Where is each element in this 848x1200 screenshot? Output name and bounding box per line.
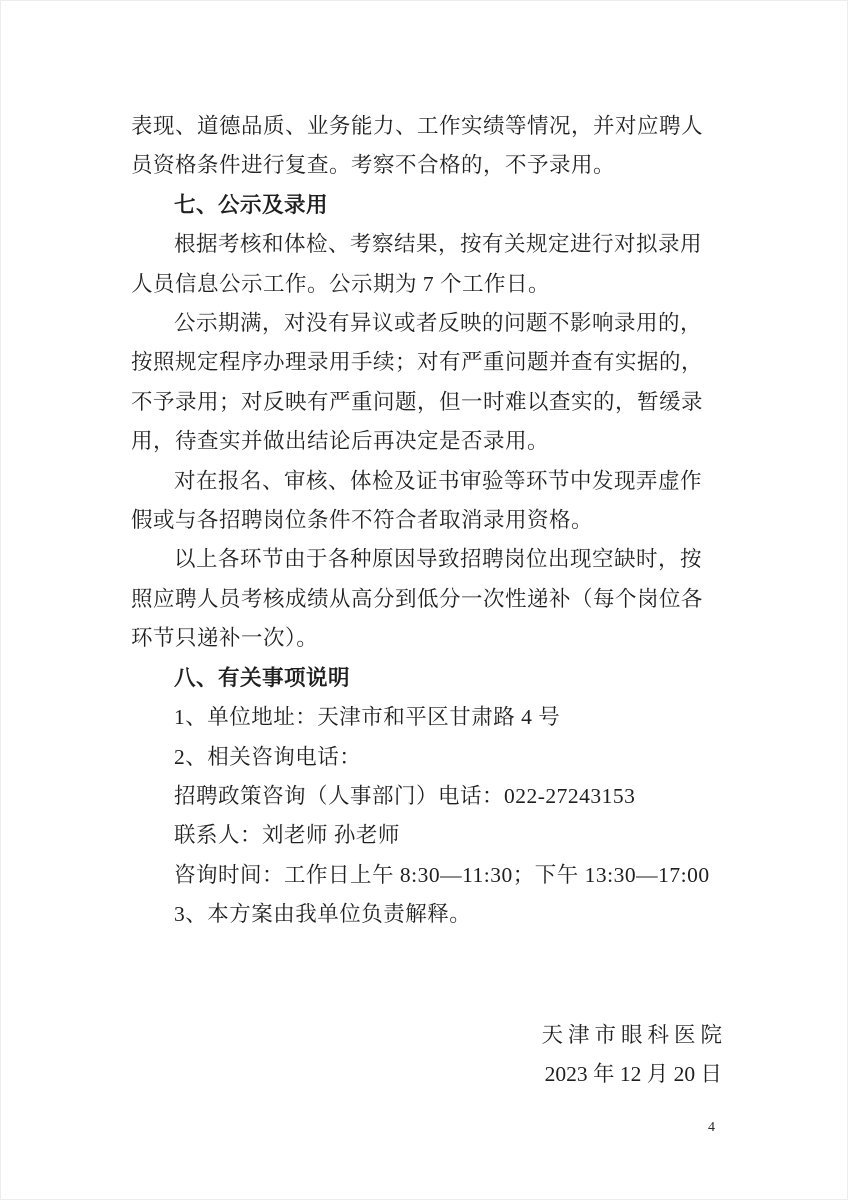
body-line: 员资格条件进行复查。考察不合格的，不予录用。: [131, 146, 717, 185]
body-line: 假或与各招聘岗位条件不符合者取消录用资格。: [131, 501, 717, 540]
body-line: 人员信息公示工作。公示期为 7 个工作日。: [131, 265, 717, 304]
section-heading: 七、公示及录用: [131, 186, 717, 225]
body-line: 联系人：刘老师 孙老师: [131, 816, 717, 855]
body-line: 对在报名、审核、体检及证书审验等环节中发现弄虚作: [131, 462, 717, 501]
body-line: 环节只递补一次）。: [131, 619, 717, 658]
body-line: 招聘政策咨询（人事部门）电话：022-27243153: [131, 777, 717, 816]
document-body: 表现、道德品质、业务能力、工作实绩等情况，并对应聘人 员资格条件进行复查。考察不…: [131, 107, 717, 935]
body-line: 根据考核和体检、考察结果，按有关规定进行对拟录用: [131, 225, 717, 264]
body-line: 咨询时间：工作日上午 8:30—11:30；下午 13:30—17:00: [131, 856, 717, 895]
body-line: 照应聘人员考核成绩从高分到低分一次性递补（每个岗位各: [131, 580, 717, 619]
body-line: 公示期满，对没有异议或者反映的问题不影响录用的，: [131, 304, 717, 343]
document-page: 表现、道德品质、业务能力、工作实绩等情况，并对应聘人 员资格条件进行复查。考察不…: [0, 0, 848, 1200]
signature-block: 天津市眼科医院 2023 年 12 月 20 日: [0, 1016, 722, 1095]
body-line: 3、本方案由我单位负责解释。: [131, 895, 717, 934]
body-line: 用，待查实并做出结论后再决定是否录用。: [131, 422, 717, 461]
section-heading: 八、有关事项说明: [131, 659, 717, 698]
body-line: 不予录用；对反映有严重问题，但一时难以查实的，暂缓录: [131, 383, 717, 422]
body-line: 1、单位地址：天津市和平区甘肃路 4 号: [131, 698, 717, 737]
signature-date: 2023 年 12 月 20 日: [0, 1055, 722, 1094]
body-line: 按照规定程序办理录用手续；对有严重问题并查有实据的，: [131, 343, 717, 382]
signature-organization: 天津市眼科医院: [0, 1016, 727, 1055]
body-line: 2、相关咨询电话：: [131, 738, 717, 777]
page-number: 4: [708, 1120, 715, 1136]
body-line: 表现、道德品质、业务能力、工作实绩等情况，并对应聘人: [131, 107, 717, 146]
body-line: 以上各环节由于各种原因导致招聘岗位出现空缺时，按: [131, 540, 717, 579]
